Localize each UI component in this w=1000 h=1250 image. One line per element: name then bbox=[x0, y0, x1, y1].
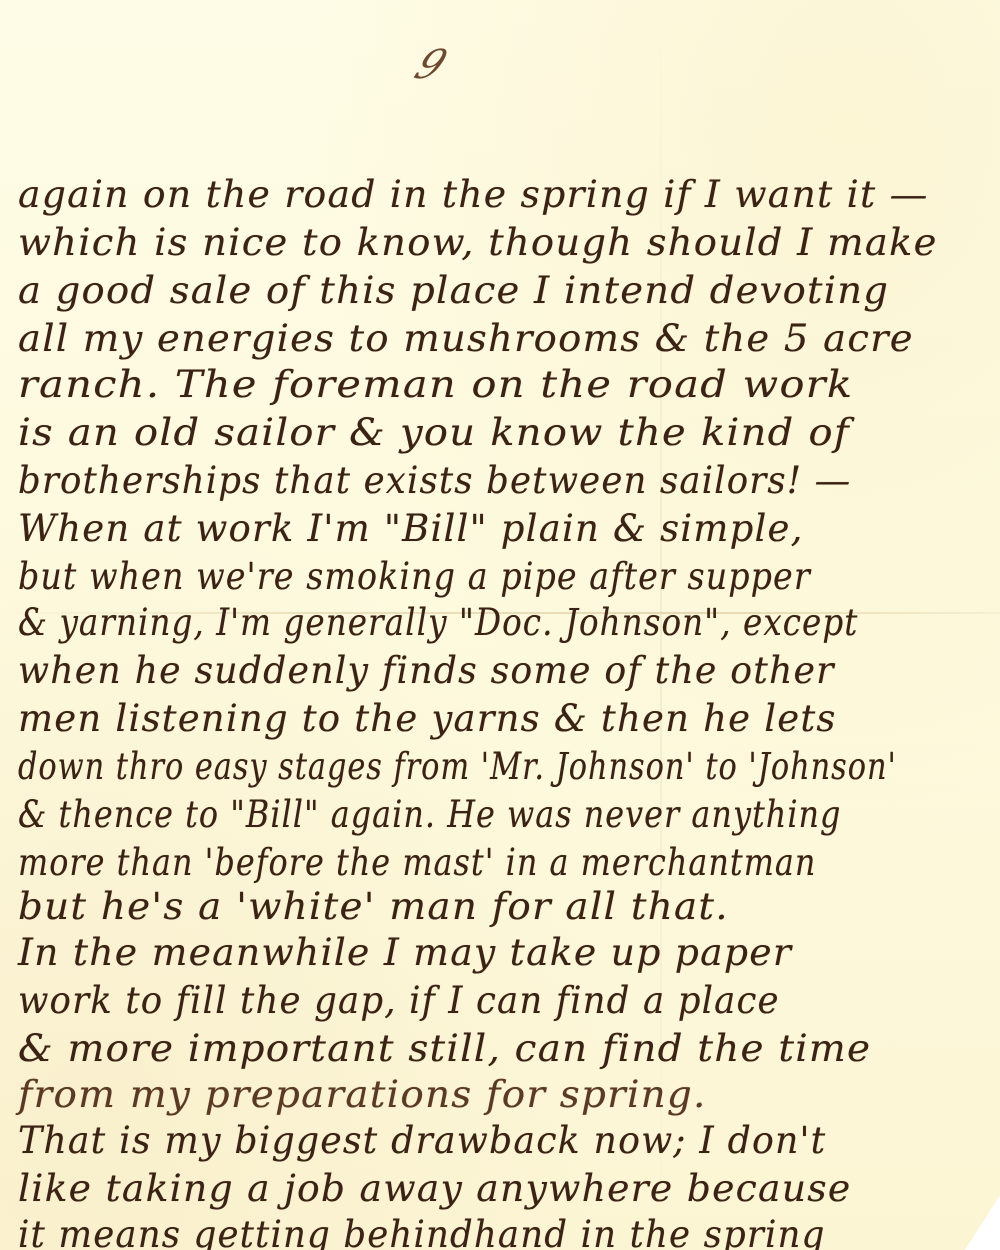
text-line-1: again on the road in the spring if I wan… bbox=[18, 172, 1000, 218]
text-line-17: In the meanwhile I may take up paper bbox=[18, 930, 1000, 976]
text-line-13: down thro easy stages from 'Mr. Johnson'… bbox=[18, 744, 813, 790]
text-line-18: work to fill the gap, if I can find a pl… bbox=[18, 978, 949, 1024]
text-line-5: ranch. The foreman on the road work bbox=[18, 362, 1000, 408]
letter-page: 9 again on the road in the spring if I w… bbox=[0, 0, 1000, 1250]
text-line-22: like taking a job away anywhere because bbox=[18, 1166, 1000, 1212]
text-line-2: which is nice to know, though should I m… bbox=[18, 220, 1000, 266]
text-line-7: brotherships that exists between sailors… bbox=[18, 458, 949, 504]
text-line-23: it means getting behindhand in the sprin… bbox=[18, 1212, 949, 1250]
text-line-10: & yarning, I'm generally "Doc. Johnson",… bbox=[18, 600, 872, 646]
text-line-14: & thence to "Bill" again. He was never a… bbox=[18, 792, 852, 838]
text-line-12: men listening to the yarns & then he let… bbox=[18, 696, 988, 742]
text-line-21: That is my biggest drawback now; I don't bbox=[18, 1118, 969, 1164]
text-line-20: from my preparations for spring. bbox=[18, 1072, 1000, 1118]
text-line-9: but when we're smoking a pipe after supp… bbox=[18, 554, 891, 600]
text-line-3: a good sale of this place I intend devot… bbox=[18, 268, 1000, 314]
page-number: 9 bbox=[407, 42, 454, 88]
text-line-6: is an old sailor & you know the kind of bbox=[18, 410, 1000, 456]
text-line-16: but he's a 'white' man for all that. bbox=[18, 884, 1000, 930]
text-line-15: more than 'before the mast' in a merchan… bbox=[18, 840, 852, 886]
text-line-4: all my energies to mushrooms & the 5 acr… bbox=[18, 316, 1000, 362]
text-line-8: When at work I'm "Bill" plain & simple, bbox=[18, 506, 988, 552]
text-line-11: when he suddenly finds some of the other bbox=[18, 648, 969, 694]
text-line-19: & more important still, can find the tim… bbox=[18, 1026, 1000, 1072]
